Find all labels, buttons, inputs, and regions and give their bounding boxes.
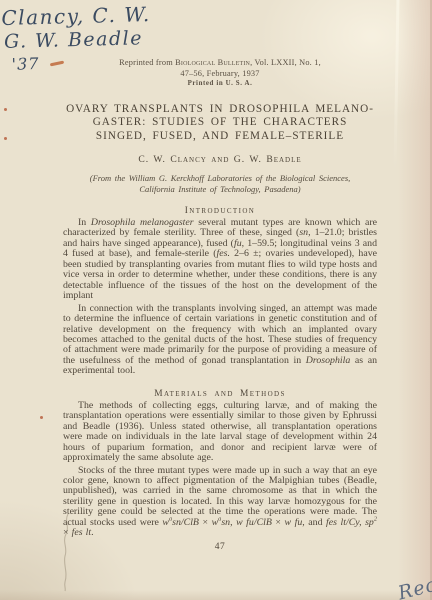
scanned-reprint-page: Clancy, C. W. G. W. Beadle '37 Reprinted…	[0, 0, 432, 600]
paragraph: The methods of collecting eggs, culturin…	[63, 401, 377, 464]
paragraph: Stocks of the three mutant types were ma…	[63, 466, 377, 539]
affiliation-line-1: (From the William G. Kerckhoff Laborator…	[63, 173, 377, 184]
section-heading-materials-methods: Materials and Methods	[63, 389, 377, 399]
paragraph: In Drosophila melanogaster several mutan…	[63, 218, 377, 302]
author-byline: C. W. Clancy and G. W. Beadle	[63, 154, 377, 165]
reprint-pages-date: 47–56, February, 1937	[63, 69, 377, 80]
paper-crease	[394, 0, 400, 170]
printed-page-column: Reprinted from Biological Bulletin, Vol.…	[63, 0, 377, 552]
affiliation-line-2: California Institute of Technology, Pasa…	[63, 184, 377, 195]
section-heading-introduction: Introduction	[63, 206, 377, 216]
title-line-2: GASTER: STUDIES OF THE CHARACTERS	[63, 116, 377, 130]
red-speck	[40, 416, 43, 419]
red-speck	[4, 108, 7, 111]
reprint-source-line: Reprinted from Biological Bulletin, Vol.…	[63, 58, 377, 69]
page-number: 47	[63, 542, 377, 552]
title-line-1: OVARY TRANSPLANTS IN DROSOPHILA MELANO-	[63, 103, 377, 117]
title-line-3: SINGED, FUSED, AND FEMALE–STERILE	[63, 130, 377, 144]
reprint-notice: Reprinted from Biological Bulletin, Vol.…	[63, 58, 377, 90]
printed-in-usa: Printed in U. S. A.	[63, 79, 377, 90]
article-title: OVARY TRANSPLANTS IN DROSOPHILA MELANO- …	[63, 103, 377, 144]
affiliation: (From the William G. Kerckhoff Laborator…	[63, 173, 377, 194]
red-speck	[4, 137, 7, 140]
handwritten-received-note: Rec	[396, 574, 432, 600]
paragraph: In connection with the transplants invol…	[63, 304, 377, 377]
